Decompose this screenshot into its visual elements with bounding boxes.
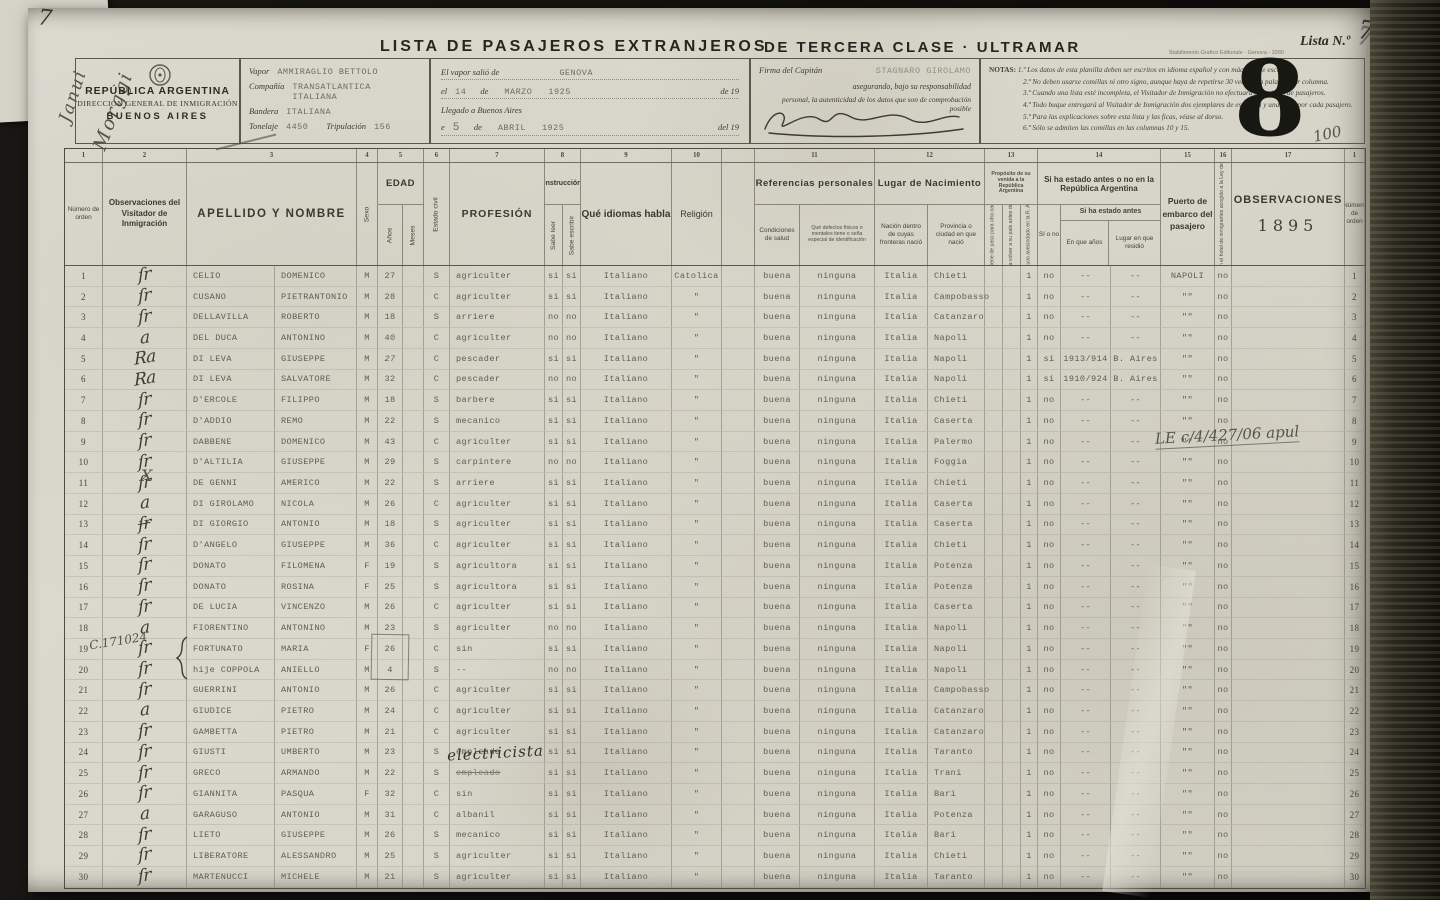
cell-province: Caserta — [928, 411, 985, 432]
cell-writes: si — [563, 763, 581, 784]
cell-profession: agriculter — [450, 701, 545, 722]
visitor-mark: ſr — [138, 556, 151, 575]
cell-prop3: 1 — [1021, 432, 1038, 453]
cell-nation: Italia — [875, 287, 928, 308]
cell-nation: Italia — [875, 846, 928, 867]
cell-age-months — [403, 722, 424, 743]
cell-given-name: DOMENICO — [275, 266, 357, 287]
cell-embark-port: "" — [1161, 867, 1215, 888]
cell-surname: GIUSTI — [187, 743, 275, 764]
cell-province: Catanzaro — [928, 307, 985, 328]
cell-years-before: -- — [1061, 287, 1111, 308]
cell-defects: ninguna — [800, 473, 875, 494]
row-number: 24 — [65, 743, 103, 764]
cell-prop1 — [985, 722, 1003, 743]
cell-health: buena — [755, 660, 800, 681]
cell-civil-status: C — [424, 639, 450, 660]
cell-observations — [1232, 701, 1345, 722]
cell-prop3: 1 — [1021, 473, 1038, 494]
cell-defects: ninguna — [800, 805, 875, 826]
cell-hotel: no — [1215, 411, 1232, 432]
cell-health: buena — [755, 743, 800, 764]
cell-province: Chieti — [928, 473, 985, 494]
row-number-right: 22 — [1345, 701, 1365, 722]
row-number: 10 — [65, 452, 103, 473]
cell-hotel: no — [1215, 556, 1232, 577]
cell-prop3: 1 — [1021, 618, 1038, 639]
cell-been-before: no — [1038, 722, 1061, 743]
cell-sex: M — [357, 328, 378, 349]
col-no: 6 — [424, 149, 450, 162]
page-number-stamp: 8 — [1234, 55, 1306, 143]
cell-been-before: no — [1038, 784, 1061, 805]
cell-health: buena — [755, 784, 800, 805]
cell-years-before: -- — [1061, 639, 1111, 660]
cell-writes: si — [563, 577, 581, 598]
cell-surname: DABBENE — [187, 432, 275, 453]
cell-sex: M — [357, 846, 378, 867]
cell-language: Italiano — [581, 784, 672, 805]
cell-prop2 — [1003, 743, 1021, 764]
cell-been-before: no — [1038, 577, 1061, 598]
cell-defects: ninguna — [800, 825, 875, 846]
table-row: 28 ſr LIETO GIUSEPPE M 26 S mecanico si … — [65, 825, 1365, 846]
org-city: BUENOS AIRES — [76, 111, 239, 122]
cell-been-before: no — [1038, 473, 1061, 494]
cell-reads: si — [545, 494, 563, 515]
hdr-anos: Años — [387, 227, 394, 243]
row-number-right: 9 — [1345, 432, 1365, 453]
cell-years-before: 1913/914 — [1061, 349, 1111, 370]
row-number: 8 — [65, 411, 103, 432]
row-number-right: 10 — [1345, 452, 1365, 473]
cell-province: Potenza — [928, 805, 985, 826]
cell-hotel: no — [1215, 473, 1232, 494]
cell-language: Italiano — [581, 722, 672, 743]
cell-civil-status: S — [424, 846, 450, 867]
row-number: 15 — [65, 556, 103, 577]
cell-health: buena — [755, 577, 800, 598]
cell-nation: Italia — [875, 701, 928, 722]
cell-prop3: 1 — [1021, 825, 1038, 846]
cell-prop3: 1 — [1021, 556, 1038, 577]
cell-been-before: no — [1038, 680, 1061, 701]
row-number: 25 — [65, 763, 103, 784]
cell-civil-status: C — [424, 370, 450, 391]
tripulacion-label: Tripulación — [326, 121, 366, 131]
table-row: 14 ſr D'ANGELO GIUSEPPE M 36 C agriculte… — [65, 535, 1365, 556]
cell-years-before: -- — [1061, 473, 1111, 494]
cell-sex: F — [357, 639, 378, 660]
cell-given-name: ANTONINO — [275, 328, 357, 349]
cell-writes: si — [563, 598, 581, 619]
cell-age-years: 18 — [378, 307, 403, 328]
row-number-right: 6 — [1345, 370, 1365, 391]
llegada-dia: 5 — [453, 122, 460, 134]
cell-reads: si — [545, 805, 563, 826]
cell-writes: si — [563, 494, 581, 515]
cell-religion: " — [672, 784, 722, 805]
row-number: 27 — [65, 805, 103, 826]
row-number: 19 — [65, 639, 103, 660]
table-row: 3 ſr DELLAVILLA ROBERTO M 18 S arriere n… — [65, 307, 1365, 328]
cell-health: buena — [755, 846, 800, 867]
book-page-stack-edge — [1370, 0, 1440, 900]
table-row: 9 ſr DABBENE DOMENICO M 43 C agriculter … — [65, 432, 1365, 453]
table-row: 8 ſr D'ADDIO REMO M 22 S mecanico si si … — [65, 411, 1365, 432]
hdr-si-ha-estado: Si ha estado antes — [1061, 205, 1160, 221]
cell-health: buena — [755, 867, 800, 888]
cell-place-resided: -- — [1111, 307, 1161, 328]
cell-religion: " — [672, 494, 722, 515]
cell-given-name: MARIA — [275, 639, 357, 660]
cell-nation: Italia — [875, 577, 928, 598]
cell-age-years: 28 — [378, 287, 403, 308]
cell-province: Caserta — [928, 598, 985, 619]
cell-defects: ninguna — [800, 349, 875, 370]
cell-sex: M — [357, 515, 378, 536]
row-number: 29 — [65, 846, 103, 867]
cell-prop1 — [985, 494, 1003, 515]
cell-civil-status: C — [424, 680, 450, 701]
row-number-right: 2 — [1345, 287, 1365, 308]
cell-prop1 — [985, 556, 1003, 577]
cell-blank — [722, 805, 755, 826]
cell-writes: no — [563, 307, 581, 328]
cell-years-before: -- — [1061, 266, 1111, 287]
cell-observations — [1232, 328, 1345, 349]
col-no: 8 — [545, 149, 581, 162]
row-number-right: 27 — [1345, 805, 1365, 826]
cell-observations — [1232, 535, 1345, 556]
cell-sex: M — [357, 825, 378, 846]
cell-surname: D'ADDIO — [187, 411, 275, 432]
cell-civil-status: C — [424, 805, 450, 826]
cell-religion: " — [672, 411, 722, 432]
visitor-mark: ſr — [138, 308, 151, 327]
cell-writes: si — [563, 432, 581, 453]
cell-health: buena — [755, 266, 800, 287]
cell-language: Italiano — [581, 825, 672, 846]
cell-prop3: 1 — [1021, 805, 1038, 826]
row-number: 23 — [65, 722, 103, 743]
cell-years-before: -- — [1061, 680, 1111, 701]
hdr-proposito: Propósito de su venida a la República Ar… — [986, 172, 1036, 196]
captain-signature — [759, 103, 969, 144]
cell-surname: DONATO — [187, 556, 275, 577]
cell-language: Italiano — [581, 307, 672, 328]
cell-reads: si — [545, 535, 563, 556]
cell-given-name: GIUSEPPE — [275, 825, 357, 846]
cell-given-name: PASQUA — [275, 784, 357, 805]
cell-writes: si — [563, 556, 581, 577]
cell-been-before: si — [1038, 349, 1061, 370]
cell-prop3: 1 — [1021, 370, 1038, 391]
cell-prop2 — [1003, 639, 1021, 660]
cell-blank — [722, 743, 755, 764]
page-title-left: LISTA DE PASAJEROS EXTRANJEROS — [380, 38, 768, 56]
cell-embark-port: "" — [1161, 535, 1215, 556]
cell-been-before: no — [1038, 639, 1061, 660]
cell-profession: mecanico — [450, 825, 545, 846]
cell-civil-status: S — [424, 473, 450, 494]
cell-embark-port: "" — [1161, 846, 1215, 867]
cell-years-before: -- — [1061, 660, 1111, 681]
table-row: 2 ſr CUSANO PIETRANTONIO M 28 C agricult… — [65, 287, 1365, 308]
bandera-value: ITALIANA — [286, 107, 331, 117]
cell-religion: " — [672, 763, 722, 784]
cell-embark-port: "" — [1161, 452, 1215, 473]
table-row: 6 Ra DI LEVA SALVATORE M 32 C pescader n… — [65, 370, 1365, 391]
cell-health: buena — [755, 639, 800, 660]
cell-prop3: 1 — [1021, 515, 1038, 536]
cell-province: Napoli — [928, 639, 985, 660]
cell-prop2 — [1003, 328, 1021, 349]
col-no: 11 — [755, 149, 875, 162]
cell-given-name: ANTONIO — [275, 805, 357, 826]
cell-sex: M — [357, 763, 378, 784]
cell-blank — [722, 867, 755, 888]
cell-given-name: GIUSEPPE — [275, 452, 357, 473]
cell-hotel: no — [1215, 452, 1232, 473]
cell-writes: si — [563, 846, 581, 867]
cell-surname: DE LUCIA — [187, 598, 275, 619]
row-number: 22 — [65, 701, 103, 722]
cell-age-years: 32 — [378, 784, 403, 805]
bandera-label: Bandera — [249, 106, 278, 116]
cell-religion: " — [672, 349, 722, 370]
cell-reads: si — [545, 722, 563, 743]
hdr-provincia: Provincia o ciudad en que nació — [930, 223, 982, 247]
cell-prop2 — [1003, 370, 1021, 391]
cell-prop1 — [985, 370, 1003, 391]
cell-civil-status: S — [424, 743, 450, 764]
cell-given-name: PIETRANTONIO — [275, 287, 357, 308]
captain-box: Firma del Capitán STAGNARO GIROLAMO aseg… — [750, 58, 980, 144]
cell-blank — [722, 432, 755, 453]
row-number-right: 15 — [1345, 556, 1365, 577]
cell-surname: GIANNITA — [187, 784, 275, 805]
cell-age-years: 22 — [378, 473, 403, 494]
cell-language: Italiano — [581, 846, 672, 867]
col-no: 5 — [378, 149, 424, 162]
cell-prop3: 1 — [1021, 494, 1038, 515]
cell-hotel: no — [1215, 825, 1232, 846]
cell-observations — [1232, 743, 1345, 764]
cell-blank — [722, 287, 755, 308]
cell-religion: " — [672, 370, 722, 391]
cell-age-years: 22 — [378, 411, 403, 432]
cell-sex: F — [357, 784, 378, 805]
visitor-mark: ſr — [138, 722, 151, 741]
cell-age-months — [403, 805, 424, 826]
cell-age-months — [403, 680, 424, 701]
cell-prop2 — [1003, 266, 1021, 287]
cell-age-months — [403, 556, 424, 577]
visitor-mark: a — [140, 702, 150, 721]
cell-language: Italiano — [581, 266, 672, 287]
llegada-ano: 1925 — [542, 123, 564, 133]
cell-prop1 — [985, 432, 1003, 453]
cell-years-before: -- — [1061, 328, 1111, 349]
cell-observations — [1232, 639, 1345, 660]
table-row: 7 ſr D'ERCOLE FILIPPO M 18 S barbere si … — [65, 390, 1365, 411]
cell-reads: si — [545, 784, 563, 805]
cell-prop3: 1 — [1021, 577, 1038, 598]
cell-prop1 — [985, 846, 1003, 867]
cell-blank — [722, 784, 755, 805]
cell-language: Italiano — [581, 370, 672, 391]
cell-nation: Italia — [875, 432, 928, 453]
cell-prop2 — [1003, 390, 1021, 411]
cell-blank — [722, 473, 755, 494]
cell-given-name: VINCENZO — [275, 598, 357, 619]
cell-surname: D'ALTILIA — [187, 452, 275, 473]
vapor-label: Vapor — [249, 66, 269, 76]
cell-surname: CUSANO — [187, 287, 275, 308]
cell-reads: si — [545, 390, 563, 411]
cell-given-name: PIETRO — [275, 722, 357, 743]
cell-embark-port: NAPOLI — [1161, 266, 1215, 287]
cell-profession: arriere — [450, 307, 545, 328]
cell-been-before: no — [1038, 390, 1061, 411]
cell-health: buena — [755, 763, 800, 784]
cell-reads: si — [545, 867, 563, 888]
hdr-meses: Meses — [410, 225, 417, 245]
cell-blank — [722, 701, 755, 722]
cell-province: Chieti — [928, 846, 985, 867]
col-no: 10 — [672, 149, 722, 162]
cell-health: buena — [755, 411, 800, 432]
cell-sex: M — [357, 805, 378, 826]
cell-prop1 — [985, 473, 1003, 494]
cell-sex: M — [357, 598, 378, 619]
row-number-right: 13 — [1345, 515, 1365, 536]
cell-language: Italiano — [581, 349, 672, 370]
cell-religion: " — [672, 307, 722, 328]
cell-age-months — [403, 349, 424, 370]
row-number-right: 20 — [1345, 660, 1365, 681]
row-number-right: 17 — [1345, 598, 1365, 619]
cell-given-name: REMO — [275, 411, 357, 432]
cell-prop3: 1 — [1021, 307, 1038, 328]
cell-age-years: 26 — [378, 494, 403, 515]
cell-reads: no — [545, 452, 563, 473]
cell-hotel: no — [1215, 660, 1232, 681]
cell-years-before: -- — [1061, 618, 1111, 639]
cell-prop3: 1 — [1021, 701, 1038, 722]
row-number: 14 — [65, 535, 103, 556]
row-number: 3 — [65, 307, 103, 328]
cell-prop1 — [985, 618, 1003, 639]
cell-nation: Italia — [875, 743, 928, 764]
col-no: 1 — [1345, 149, 1365, 162]
cell-health: buena — [755, 805, 800, 826]
row-number-right: 23 — [1345, 722, 1365, 743]
cell-civil-status: C — [424, 287, 450, 308]
hdr-profesion: PROFESIÓN — [450, 163, 545, 265]
hdr-hotel: Si entrará en el hotel de inmigrantes ac… — [1220, 163, 1226, 265]
cell-age-years: 25 — [378, 846, 403, 867]
cell-prop1 — [985, 763, 1003, 784]
cell-given-name: UMBERTO — [275, 743, 357, 764]
cell-civil-status: C — [424, 535, 450, 556]
cell-language: Italiano — [581, 701, 672, 722]
cell-sex: M — [357, 307, 378, 328]
cell-profession: empleade — [450, 743, 545, 764]
cell-province: Caserta — [928, 515, 985, 536]
cell-religion: " — [672, 660, 722, 681]
cell-years-before: -- — [1061, 556, 1111, 577]
cell-been-before: no — [1038, 660, 1061, 681]
cell-blank — [722, 328, 755, 349]
hdr-salud: Condiciones de salud — [755, 227, 799, 243]
cell-surname: DI LEVA — [187, 370, 275, 391]
cell-civil-status: C — [424, 598, 450, 619]
cell-civil-status: C — [424, 722, 450, 743]
cell-blank — [722, 349, 755, 370]
cell-province: Palermo — [928, 432, 985, 453]
cell-age-months — [403, 266, 424, 287]
row-number-right: 7 — [1345, 390, 1365, 411]
cell-religion: " — [672, 825, 722, 846]
cell-hotel: no — [1215, 805, 1232, 826]
cell-embark-port: "" — [1161, 763, 1215, 784]
cell-embark-port: "" — [1161, 349, 1215, 370]
cell-age-months — [403, 763, 424, 784]
cell-writes: si — [563, 515, 581, 536]
cell-profession: agriculter — [450, 535, 545, 556]
cell-civil-status: C — [424, 494, 450, 515]
cell-place-resided: -- — [1111, 494, 1161, 515]
cell-defects: ninguna — [800, 535, 875, 556]
cell-civil-status: S — [424, 266, 450, 287]
cell-nation: Italia — [875, 452, 928, 473]
cell-prop2 — [1003, 660, 1021, 681]
cell-reads: si — [545, 763, 563, 784]
table-row: 29 ſr LIBERATORE ALESSANDRO M 25 S agric… — [65, 846, 1365, 867]
visitor-mark: ſr — [138, 473, 151, 492]
cell-province: Potenza — [928, 577, 985, 598]
hdr-apellido: APELLIDO Y NOMBRE — [187, 163, 357, 265]
cell-prop2 — [1003, 867, 1021, 888]
cell-age-years: 32 — [378, 370, 403, 391]
cell-defects: ninguna — [800, 722, 875, 743]
cell-prop2 — [1003, 452, 1021, 473]
hdr-nacion: Nación dentro de cuyas fronteras nació — [877, 223, 925, 247]
cell-years-before: -- — [1061, 535, 1111, 556]
cell-surname: GRECO — [187, 763, 275, 784]
cell-embark-port: "" — [1161, 287, 1215, 308]
cell-religion: " — [672, 515, 722, 536]
hdr-blank — [722, 163, 755, 265]
cell-years-before: -- — [1061, 825, 1111, 846]
cell-writes: si — [563, 680, 581, 701]
cell-nation: Italia — [875, 411, 928, 432]
cell-prop3: 1 — [1021, 390, 1038, 411]
row-number-right: 29 — [1345, 846, 1365, 867]
cell-reads: si — [545, 411, 563, 432]
cell-observations — [1232, 867, 1345, 888]
table-row: 5 Ra DI LEVA GIUSEPPE M 27 C pescader si… — [65, 349, 1365, 370]
visitor-mark: a — [140, 494, 150, 513]
cell-profession: agriculter — [450, 598, 545, 619]
cell-health: buena — [755, 598, 800, 619]
cell-prop1 — [985, 639, 1003, 660]
cell-sex: M — [357, 411, 378, 432]
cell-prop1 — [985, 680, 1003, 701]
cell-nation: Italia — [875, 639, 928, 660]
